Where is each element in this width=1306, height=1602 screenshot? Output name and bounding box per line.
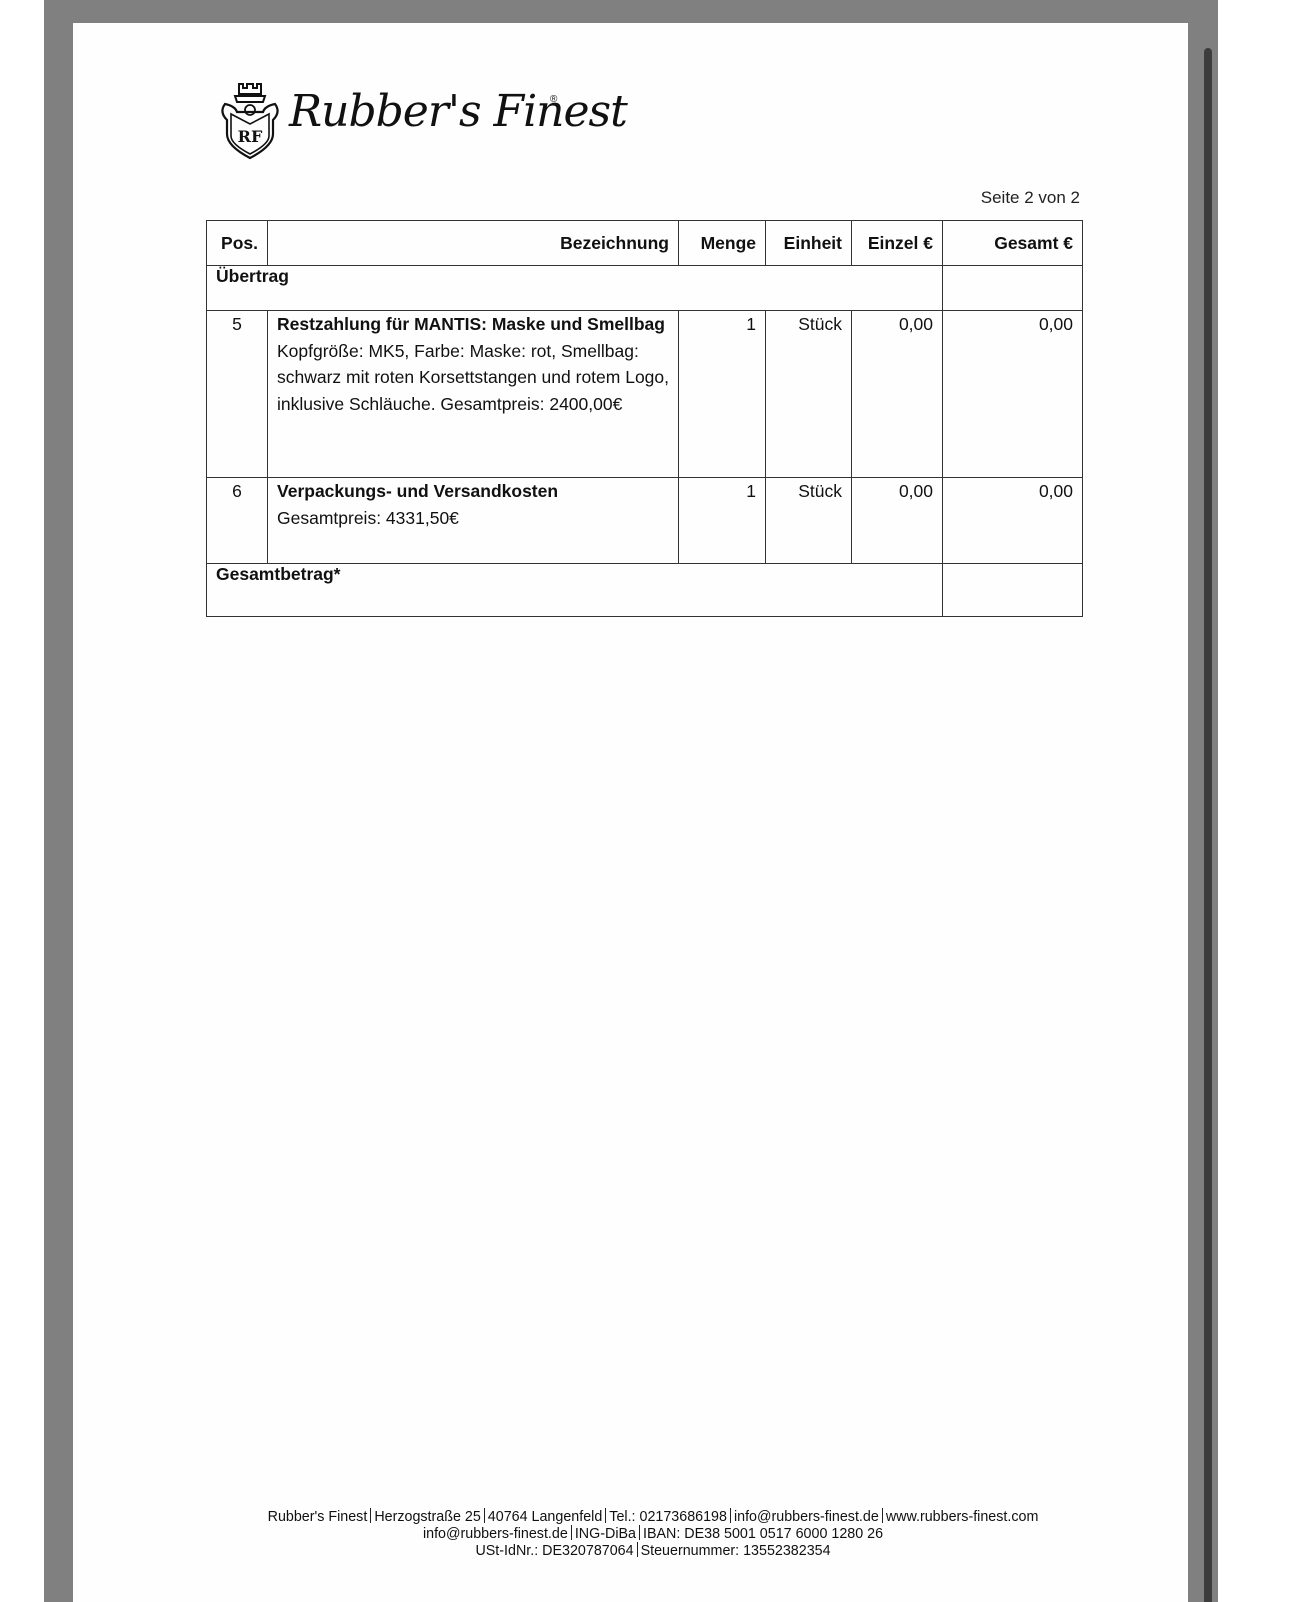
row-unit-price: 0,00: [852, 478, 943, 564]
footer-separator: [637, 1542, 638, 1557]
table-row: 6 Verpackungs- und Versandkosten Gesamtp…: [207, 478, 1083, 564]
row-pos: 5: [207, 311, 268, 478]
footer-separator: [571, 1525, 572, 1540]
total-row: Gesamtbetrag*: [207, 564, 1083, 617]
footer-item: Rubber's Finest: [268, 1509, 368, 1525]
row-detail: Kopfgröße: MK5, Farbe: Maske: rot, Smell…: [277, 338, 669, 418]
document-footer: Rubber's FinestHerzogstraße 2540764 Lang…: [0, 1508, 1306, 1559]
row-unit: Stück: [766, 478, 852, 564]
footer-separator: [605, 1508, 606, 1523]
footer-item: info@rubbers-finest.de: [734, 1509, 879, 1525]
company-logo: RF Rubber's Finest ®: [217, 80, 567, 162]
footer-item: Herzogstraße 25: [374, 1509, 480, 1525]
total-label: Gesamtbetrag*: [207, 564, 943, 617]
carryover-value: [943, 266, 1083, 311]
total-value: [943, 564, 1083, 617]
footer-line-2: info@rubbers-finest.deING-DiBaIBAN: DE38…: [0, 1525, 1306, 1542]
row-quantity: 1: [679, 311, 766, 478]
row-total: 0,00: [943, 478, 1083, 564]
footer-item: info@rubbers-finest.de: [423, 1526, 568, 1542]
row-pos: 6: [207, 478, 268, 564]
row-unit: Stück: [766, 311, 852, 478]
row-detail: Gesamtpreis: 4331,50€: [277, 505, 669, 532]
row-title: Verpackungs- und Versandkosten: [277, 478, 669, 505]
row-total: 0,00: [943, 311, 1083, 478]
header-total: Gesamt €: [943, 221, 1083, 266]
registered-mark: ®: [550, 94, 557, 105]
footer-item: USt-IdNr.: DE320787064: [475, 1543, 633, 1559]
footer-line-1: Rubber's FinestHerzogstraße 2540764 Lang…: [0, 1508, 1306, 1525]
row-quantity: 1: [679, 478, 766, 564]
row-description: Restzahlung für MANTIS: Maske und Smellb…: [268, 311, 679, 478]
table-row: 5 Restzahlung für MANTIS: Maske und Smel…: [207, 311, 1083, 478]
carryover-row: Übertrag: [207, 266, 1083, 311]
logo-wordmark: Rubber's Finest: [289, 86, 627, 137]
row-description: Verpackungs- und Versandkosten Gesamtpre…: [268, 478, 679, 564]
footer-separator: [730, 1508, 731, 1523]
header-unit: Einheit: [766, 221, 852, 266]
footer-item: IBAN: DE38 5001 0517 6000 1280 26: [643, 1526, 883, 1542]
svg-text:RF: RF: [238, 127, 263, 146]
footer-separator: [639, 1525, 640, 1540]
footer-separator: [370, 1508, 371, 1523]
footer-separator: [484, 1508, 485, 1523]
row-title: Restzahlung für MANTIS: Maske und Smellb…: [277, 311, 669, 338]
header-quantity: Menge: [679, 221, 766, 266]
invoice-table: Pos. Bezeichnung Menge Einheit Einzel € …: [206, 220, 1083, 617]
footer-line-3: USt-IdNr.: DE320787064Steuernummer: 1355…: [0, 1542, 1306, 1559]
footer-separator: [882, 1508, 883, 1523]
carryover-label: Übertrag: [207, 266, 943, 311]
page-indicator: Seite 2 von 2: [981, 188, 1080, 208]
header-unit-price: Einzel €: [852, 221, 943, 266]
footer-item: Steuernummer: 13552382354: [641, 1543, 831, 1559]
header-pos: Pos.: [207, 221, 268, 266]
footer-item: 40764 Langenfeld: [488, 1509, 603, 1525]
row-unit-price: 0,00: [852, 311, 943, 478]
footer-item: ING-DiBa: [575, 1526, 636, 1542]
header-description: Bezeichnung: [268, 221, 679, 266]
crest-icon: RF: [217, 80, 283, 160]
table-header-row: Pos. Bezeichnung Menge Einheit Einzel € …: [207, 221, 1083, 266]
footer-item: Tel.: 02173686198: [609, 1509, 727, 1525]
vertical-scrollbar[interactable]: [1204, 48, 1212, 1602]
footer-item: www.rubbers-finest.com: [886, 1509, 1039, 1525]
